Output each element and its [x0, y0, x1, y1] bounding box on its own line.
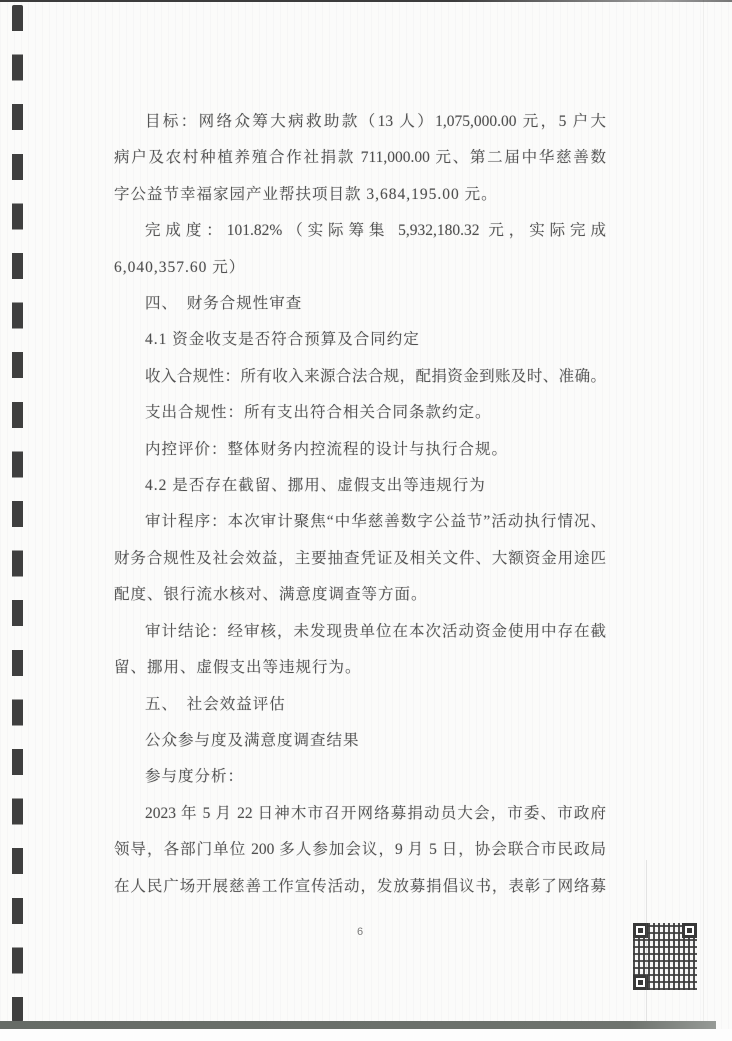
text-line: 参与度分析： [114, 759, 606, 795]
text-line: 留、挪用、虚假支出等违规行为。 [114, 650, 606, 686]
text-line: 4.1 资金收支是否符合预算及合同约定 [114, 322, 606, 358]
text-line: 公众参与度及满意度调查结果 [114, 723, 606, 759]
text-line: 完成度：101.82%（实际筹集 5,932,180.32 元，实际完成 [114, 213, 606, 249]
binder-hole-marks [12, 5, 23, 1022]
text-line: 病户及农村种植养殖合作社捐款 711,000.00 元、第二届中华慈善数 [114, 140, 606, 176]
qr-code [633, 923, 697, 990]
text-line: 字公益节幸福家园产业帮扶项目款 3,684,195.00 元。 [114, 177, 606, 213]
text-line: 五、 社会效益评估 [114, 687, 606, 723]
text-line: 内控评价：整体财务内控流程的设计与执行合规。 [114, 432, 606, 468]
text-line: 配度、银行流水核对、满意度调查等方面。 [114, 577, 606, 613]
text-line: 支出合规性：所有支出符合相关合同条款约定。 [114, 395, 606, 431]
qr-finder-icon [682, 923, 697, 938]
text-line: 2023 年 5 月 22 日神木市召开网络募捐动员大会，市委、市政府 [114, 796, 606, 832]
text-line: 审计结论：经审核，未发现贵单位在本次活动资金使用中存在截 [114, 614, 606, 650]
page-number: 6 [114, 926, 606, 938]
text-line: 在人民广场开展慈善工作宣传活动，发放募捐倡议书，表彰了网络募 [114, 869, 606, 905]
text-line: 目标：网络众筹大病救助款（13 人）1,075,000.00 元，5 户大 [114, 104, 606, 140]
document-text: 目标：网络众筹大病救助款（13 人）1,075,000.00 元，5 户大病户及… [114, 104, 606, 905]
scan-bottom-edge [0, 1021, 716, 1029]
scan-top-edge [0, 0, 732, 2]
text-line: 6,040,357.60 元） [114, 250, 606, 286]
text-line: 审计程序：本次审计聚焦“中华慈善数字公益节”活动执行情况、 [114, 504, 606, 540]
text-line: 财务合规性及社会效益，主要抽查凭证及相关文件、大额资金用途匹 [114, 541, 606, 577]
page-right-edge [703, 0, 704, 1041]
text-line: 收入合规性：所有收入来源合法合规，配捐资金到账及时、准确。 [114, 359, 606, 395]
scan-margin-bottom [0, 1029, 732, 1041]
text-line: 四、 财务合规性审查 [114, 286, 606, 322]
scan-crease-line [646, 860, 647, 1022]
text-line: 领导，各部门单位 200 多人参加会议，9 月 5 日，协会联合市民政局 [114, 832, 606, 868]
text-line: 4.2 是否存在截留、挪用、虚假支出等违规行为 [114, 468, 606, 504]
